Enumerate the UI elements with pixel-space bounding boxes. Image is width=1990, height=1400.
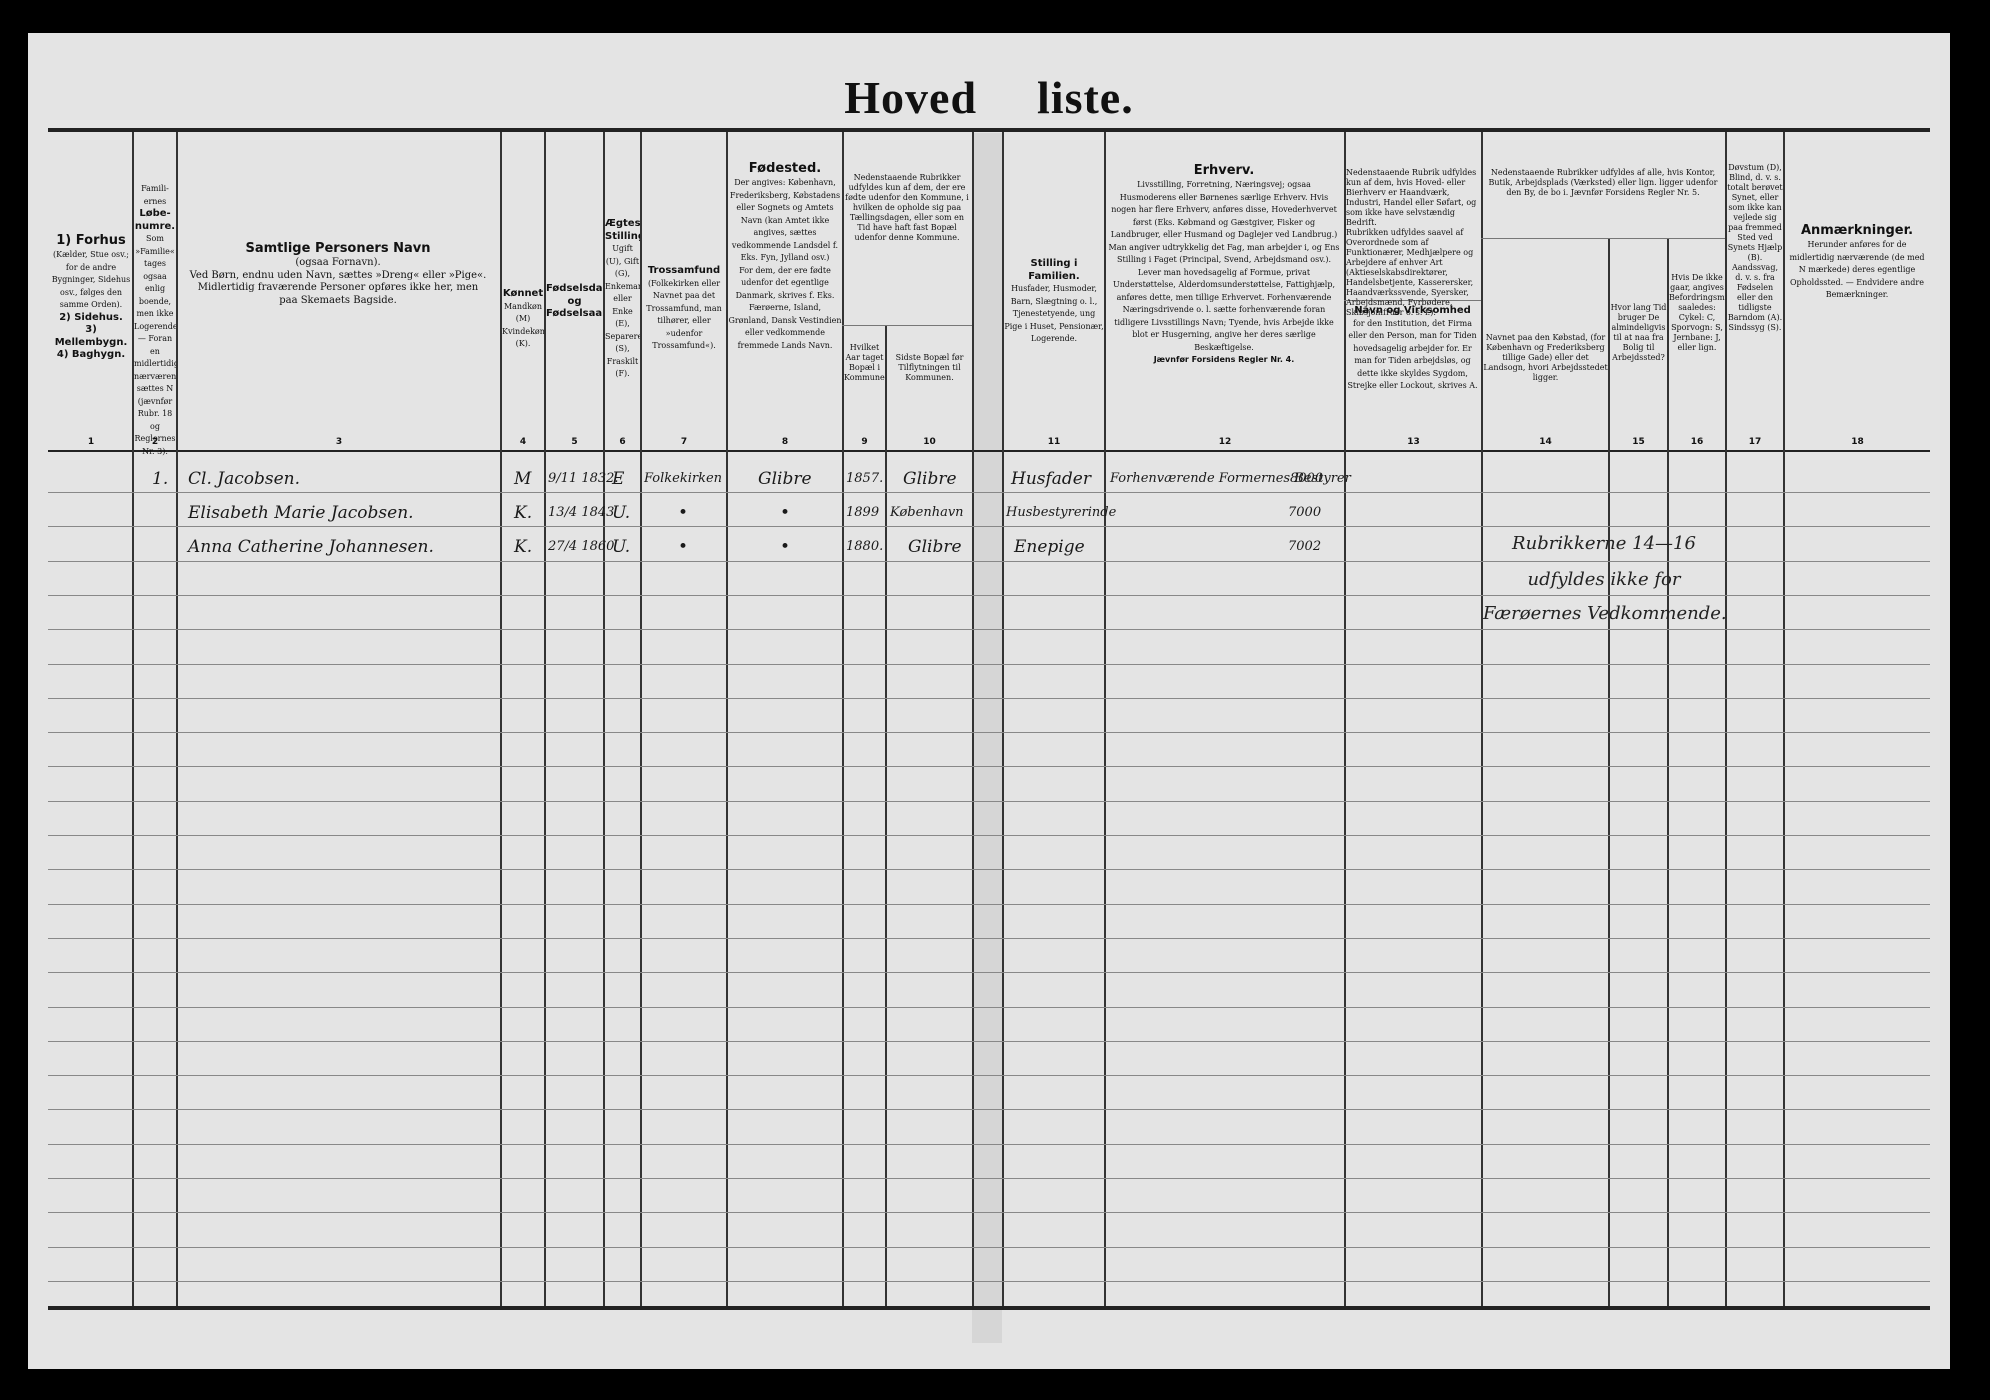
- year-moved: 1857.: [846, 471, 883, 486]
- header-col-9: Hvilket Aar taget Bopæl i Kommunen?: [844, 343, 885, 383]
- religion: •: [678, 537, 688, 557]
- col-number: 9: [844, 437, 885, 447]
- occupation-code: 7002: [1288, 539, 1321, 554]
- religion: •: [678, 503, 688, 523]
- col-number: 1: [50, 437, 132, 447]
- page-title: Hovedliste.: [28, 71, 1950, 124]
- col-number: 2: [134, 437, 176, 447]
- row-rule: [48, 1247, 1930, 1248]
- previous-residence: København: [890, 505, 964, 520]
- row-rule: [48, 526, 1930, 527]
- birthplace: •: [780, 503, 790, 523]
- row-rule: [48, 938, 1930, 939]
- row-rule: [48, 1212, 1930, 1213]
- col-number: 7: [642, 437, 726, 447]
- family-number: 1.: [152, 469, 168, 489]
- header-col-18: Anmærkninger.Herunder anføres for de mid…: [1786, 223, 1928, 302]
- row-rule: [48, 732, 1930, 733]
- col-number: 17: [1727, 437, 1783, 447]
- note-line: udfyldes ikke for: [1483, 569, 1725, 590]
- row-rule: [48, 1109, 1930, 1110]
- col-number: 16: [1669, 437, 1725, 447]
- header-col-12: Erhverv. Livsstilling, Forretning, Nærin…: [1108, 163, 1340, 367]
- year-moved: 1899: [846, 505, 879, 520]
- occupation-code: 7000: [1288, 505, 1321, 520]
- header-col-1: 1) Forhus (Kælder, Stue osv.; for de and…: [50, 233, 132, 362]
- col-rule: [1608, 238, 1610, 1306]
- header-col-7: Trossamfund(Folkekirken eller Navnet paa…: [642, 265, 726, 353]
- note-line: Færøernes Vedkommende.: [1483, 603, 1725, 624]
- row-rule: [48, 664, 1930, 665]
- note-line: Rubrikkerne 14—16: [1483, 533, 1725, 554]
- row-rule: [48, 595, 1930, 596]
- row-rule: [48, 1281, 1930, 1282]
- row-rule: [48, 698, 1930, 699]
- religion: Folkekirken: [644, 471, 722, 486]
- col-rule: [842, 132, 844, 1306]
- header-col-6: Ægteskabelig Stilling.Ugift (U), Gift (G…: [605, 218, 640, 381]
- header-col-13: Navn og Virksomhedfor den Institution, d…: [1346, 305, 1479, 393]
- col-number: 8: [728, 437, 842, 447]
- row-rule: [48, 1178, 1930, 1179]
- person-name: Cl. Jacobsen.: [188, 469, 300, 489]
- occupation-code: 8000: [1290, 471, 1323, 486]
- col-rule: [1104, 132, 1106, 1306]
- row-rule: [48, 1144, 1930, 1145]
- col-number: 5: [546, 437, 603, 447]
- row-rule: [48, 766, 1930, 767]
- row-rule: [48, 835, 1930, 836]
- header-col-11: Stilling i Familien.Husfader, Husmoder, …: [1004, 258, 1104, 346]
- row-rule: [48, 492, 1930, 493]
- previous-residence: Glibre: [908, 537, 962, 557]
- header-col-2: Famili-ernes Løbe-numre. Som »Familie« t…: [134, 183, 176, 458]
- col-number: 11: [1004, 437, 1104, 447]
- birthplace: •: [780, 537, 790, 557]
- col-rule: [972, 132, 974, 1306]
- col-number: 15: [1610, 437, 1667, 447]
- header-col-3: Samtlige Personers Navn (ogsaa Fornavn).…: [188, 241, 488, 307]
- col-rule: [1783, 132, 1785, 1306]
- header-col-10: Sidste Bopæl før Tilflytningen til Kommu…: [887, 353, 972, 383]
- row-rule: [48, 904, 1930, 905]
- person-name: Elisabeth Marie Jacobsen.: [188, 503, 414, 523]
- row-rule: [48, 629, 1930, 630]
- marital-status: U.: [612, 537, 630, 557]
- census-sheet: Hovedliste. 1) Forhus (Kælder, Stue osv.…: [28, 33, 1950, 1369]
- header-group-13: Nedenstaaende Rubrik udfyldes kun af dem…: [1346, 168, 1479, 318]
- header-col-4: KønnetMandkøn (M) Kvindekøn (K).: [502, 288, 544, 351]
- row-rule: [48, 1041, 1930, 1042]
- col-number: 10: [887, 437, 972, 447]
- marital-status: U.: [612, 503, 630, 523]
- sex: K.: [514, 537, 532, 557]
- previous-residence: Glibre: [903, 469, 957, 489]
- sex: K.: [514, 503, 532, 523]
- row-rule: [48, 561, 1930, 562]
- header-bottom-rule: [48, 450, 1930, 452]
- sex: M: [514, 469, 531, 489]
- col-number: 14: [1483, 437, 1608, 447]
- col-number: 13: [1346, 437, 1481, 447]
- col-number: 6: [605, 437, 640, 447]
- row-rule: [48, 801, 1930, 802]
- header-col-15: Hvor lang Tid bruger De almindeligvis ti…: [1610, 303, 1667, 363]
- row-rule: [48, 869, 1930, 870]
- bottom-rule: [48, 1306, 1930, 1310]
- marital-status: E: [612, 469, 624, 489]
- family-position: Enepige: [1014, 537, 1085, 557]
- col-rule: [1481, 132, 1483, 1306]
- subheader-divider: [842, 325, 972, 326]
- row-rule: [48, 1007, 1930, 1008]
- header-group-9-10: Nedenstaaende Rubrikker udfyldes kun af …: [844, 173, 970, 243]
- col-number: 3: [178, 437, 500, 447]
- person-name: Anna Catherine Johannesen.: [188, 537, 434, 557]
- col-rule: [1667, 238, 1669, 1306]
- birth-date: 9/11 1832.: [548, 471, 619, 486]
- family-position: Husfader: [1011, 469, 1091, 489]
- header-col-8: Fødested. Der angives: København, Freder…: [728, 161, 842, 352]
- family-position: Husbestyrerinde: [1006, 505, 1116, 520]
- birthplace: Glibre: [758, 469, 812, 489]
- col-number: 18: [1785, 437, 1930, 447]
- col-rule: [176, 132, 178, 1306]
- header-col-16: Hvis De ikke gaar, angives Befordringsmi…: [1669, 273, 1725, 353]
- header-col-17: Døvstum (D), Blind, d. v. s. totalt berø…: [1727, 163, 1783, 333]
- year-moved: 1880.: [846, 539, 883, 554]
- subheader-divider: [1481, 238, 1725, 239]
- header-group-14-16: Nedenstaaende Rubrikker udfyldes af alle…: [1483, 168, 1723, 198]
- header-col-5: Fødselsdag og Fødselsaar.: [546, 283, 603, 321]
- birth-date: 27/4 1860: [548, 539, 614, 554]
- page-fold-gutter: [972, 133, 1002, 1343]
- col-rule: [885, 325, 887, 1306]
- col-number: 12: [1106, 437, 1344, 447]
- top-rule: [48, 128, 1930, 132]
- birth-date: 13/4 1843: [548, 505, 614, 520]
- row-rule: [48, 1075, 1930, 1076]
- header-col-14: Navnet paa den Købstad, (for København o…: [1483, 333, 1608, 383]
- col-number: 4: [502, 437, 544, 447]
- row-rule: [48, 972, 1930, 973]
